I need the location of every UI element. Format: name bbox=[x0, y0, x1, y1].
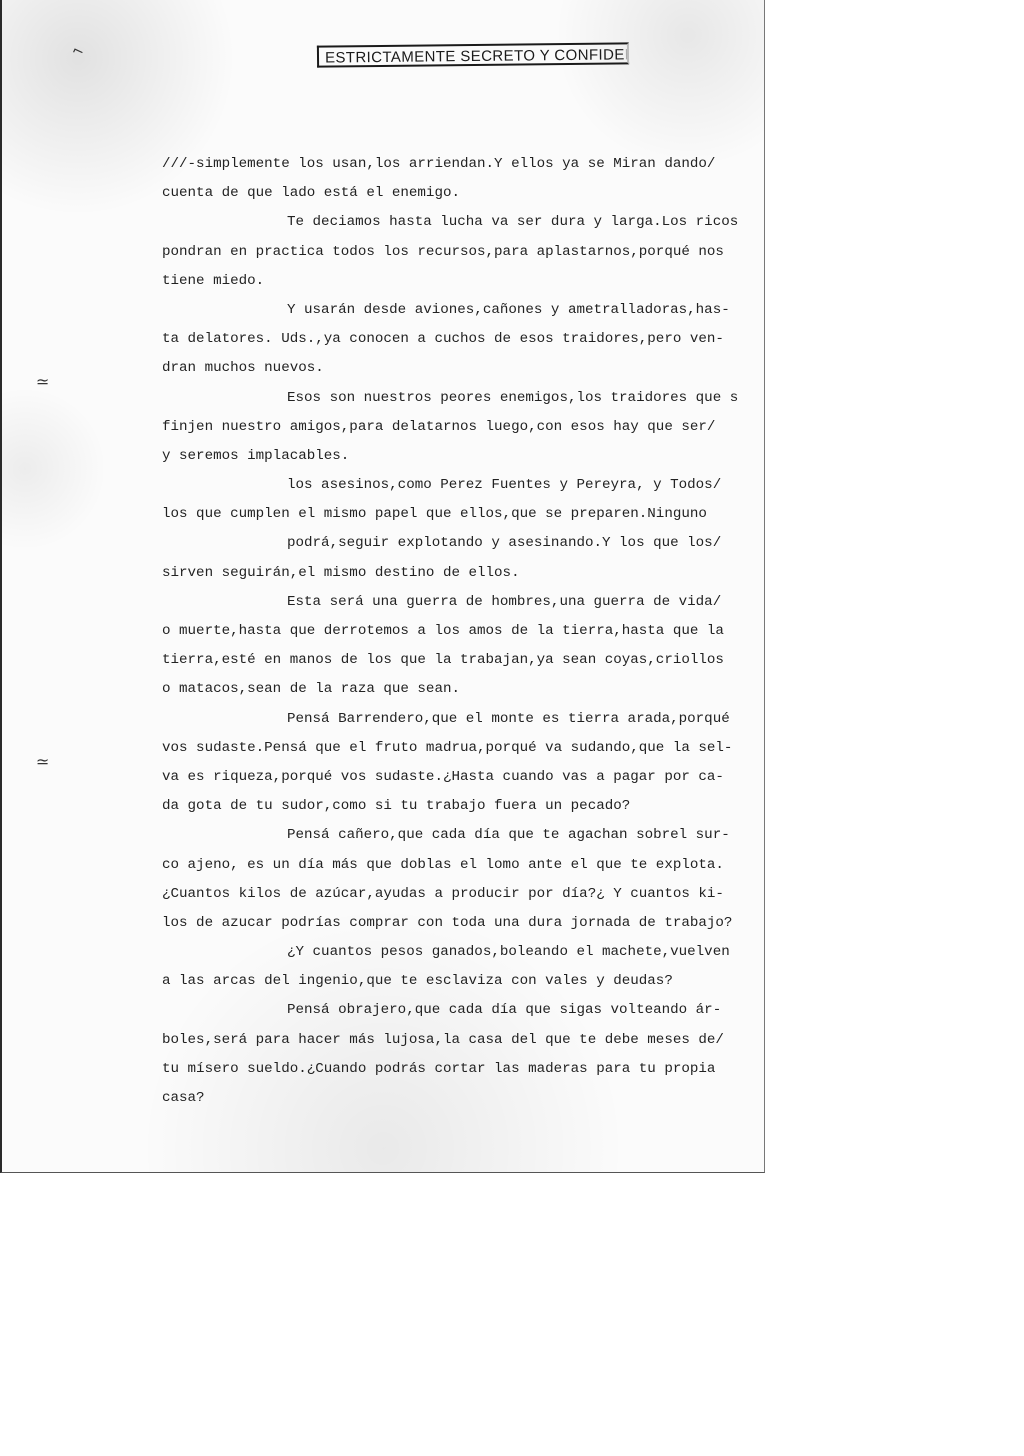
text-line: co ajeno, es un día más que doblas el lo… bbox=[162, 851, 762, 880]
text-line: Pensá cañero,que cada día que te agachan… bbox=[162, 821, 762, 850]
document-page: ESTRICTAMENTE SECRETO Y CONFIDENCIAL ⌐ ≃… bbox=[0, 0, 765, 1173]
ink-mark-icon: ⌐ bbox=[69, 42, 86, 61]
text-line: pondran en practica todos los recursos,p… bbox=[162, 238, 762, 267]
text-line: Esta será una guerra de hombres,una guer… bbox=[162, 588, 762, 617]
text-line: da gota de tu sudor,como si tu trabajo f… bbox=[162, 792, 762, 821]
text-line: boles,será para hacer más lujosa,la casa… bbox=[162, 1026, 762, 1055]
text-line: casa? bbox=[162, 1084, 762, 1113]
text-line: o muerte,hasta que derrotemos a los amos… bbox=[162, 617, 762, 646]
text-line: Esos son nuestros peores enemigos,los tr… bbox=[162, 384, 762, 413]
text-line: a las arcas del ingenio,que te esclaviza… bbox=[162, 967, 762, 996]
confidential-stamp: ESTRICTAMENTE SECRETO Y CONFIDENCIAL bbox=[317, 42, 629, 67]
text-line: tu mísero sueldo.¿Cuando podrás cortar l… bbox=[162, 1055, 762, 1084]
punch-hole-mark-icon: ≃ bbox=[36, 372, 49, 391]
text-line: ¿Y cuantos pesos ganados,boleando el mac… bbox=[162, 938, 762, 967]
text-line: Te deciamos hasta lucha va ser dura y la… bbox=[162, 208, 762, 237]
text-line: ta delatores. Uds.,ya conocen a cuchos d… bbox=[162, 325, 762, 354]
text-line: dran muchos nuevos. bbox=[162, 354, 762, 383]
text-line: los asesinos,como Perez Fuentes y Pereyr… bbox=[162, 471, 762, 500]
text-line: tierra,esté en manos de los que la traba… bbox=[162, 646, 762, 675]
text-line: Pensá obrajero,que cada día que sigas vo… bbox=[162, 996, 762, 1025]
stamp-text-faded: NCIAL bbox=[625, 46, 630, 63]
text-line: sirven seguirán,el mismo destino de ello… bbox=[162, 559, 762, 588]
typed-text-body: ///-simplemente los usan,los arriendan.Y… bbox=[162, 150, 762, 1113]
text-line: ///-simplemente los usan,los arriendan.Y… bbox=[162, 150, 762, 179]
text-line: y seremos implacables. bbox=[162, 442, 762, 471]
text-line: Pensá Barrendero,que el monte es tierra … bbox=[162, 705, 762, 734]
text-line: finjen nuestro amigos,para delatarnos lu… bbox=[162, 413, 762, 442]
text-line: va es riqueza,porqué vos sudaste.¿Hasta … bbox=[162, 763, 762, 792]
text-line: los de azucar podrías comprar con toda u… bbox=[162, 909, 762, 938]
text-line: tiene miedo. bbox=[162, 267, 762, 296]
punch-hole-mark-icon: ≃ bbox=[36, 752, 49, 771]
text-line: los que cumplen el mismo papel que ellos… bbox=[162, 500, 762, 529]
text-line: Y usarán desde aviones,cañones y ametral… bbox=[162, 296, 762, 325]
text-line: o matacos,sean de la raza que sean. bbox=[162, 675, 762, 704]
text-line: vos sudaste.Pensá que el fruto madrua,po… bbox=[162, 734, 762, 763]
text-line: cuenta de que lado está el enemigo. bbox=[162, 179, 762, 208]
text-line: podrá,seguir explotando y asesinando.Y l… bbox=[162, 529, 762, 558]
text-line: ¿Cuantos kilos de azúcar,ayudas a produc… bbox=[162, 880, 762, 909]
stamp-text: ESTRICTAMENTE SECRETO Y CONFIDE bbox=[325, 46, 625, 66]
